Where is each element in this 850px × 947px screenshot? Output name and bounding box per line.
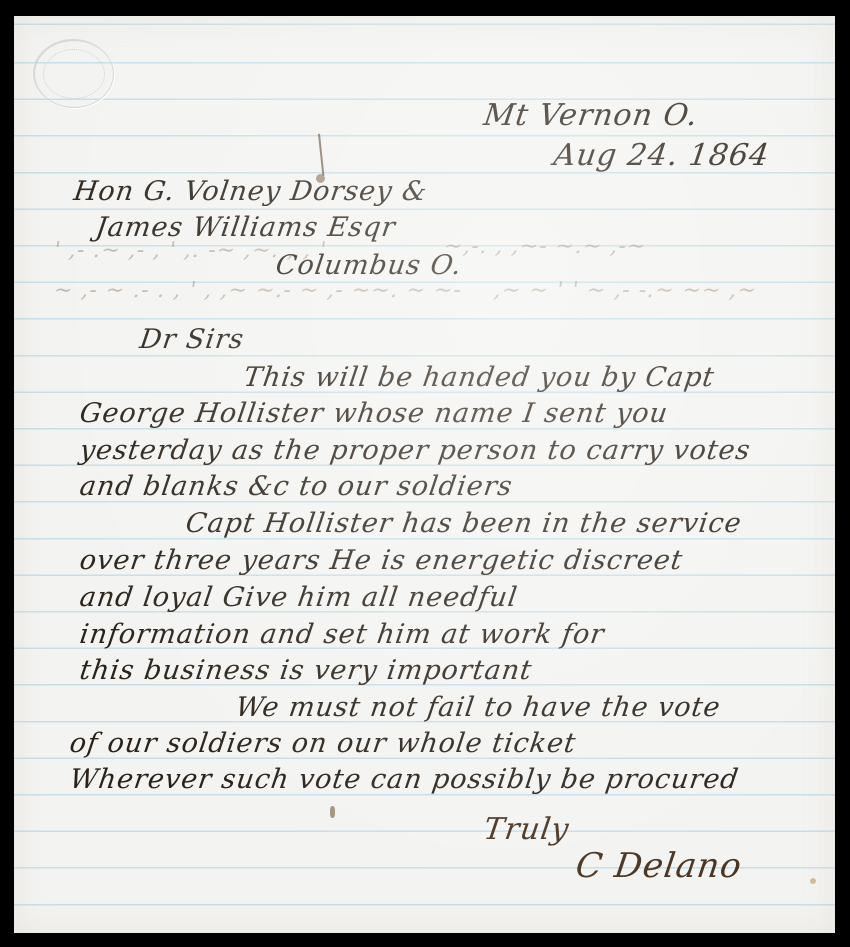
letter-paper: Mt Vernon O. Aug 24. 1864 Hon G. Volney … [14,16,835,933]
body-line: of our soldiers on our whole ticket [68,728,578,759]
offset-ink-marks: ~ ,- ~ .- . , ' , ,~ ~.- ~ ,- ~~. ~ ~- [52,278,463,303]
body-line: and loyal Give him all needful [78,582,520,613]
address-line-1: Hon G. Volney Dorsey & [72,176,430,207]
body-line: over three years He is energetic discree… [78,545,685,576]
body-line: We must not fail to have the vote [234,692,723,723]
body-line: information and set him at work for [78,619,607,650]
body-line: and blanks &c to our soldiers [78,471,515,502]
foxing-spot [810,878,816,884]
offset-ink-marks: ' ,- .~ ,- , ' ,. -~ ,~. , , ' [52,238,328,263]
salutation: Dr Sirs [138,324,246,355]
embossed-seal-icon [34,40,114,108]
ink-drip [318,134,324,176]
body-line: This will be handed you by Capt [242,362,717,393]
body-line: this business is very important [78,655,534,686]
body-line: George Hollister whose name I sent you [78,398,670,429]
letter-date: Aug 24. 1864 [552,138,772,173]
body-line: yesterday as the proper person to carry … [78,435,753,466]
closing: Truly [482,812,572,847]
body-line: Wherever such vote can possibly be procu… [68,764,741,795]
body-line: Capt Hollister has been in the service [184,508,744,539]
ink-stain [330,806,335,818]
offset-ink-marks: ,~ ~ ' ' ~ ,- -.~ ~~ ,~ [492,278,758,303]
letter-place: Mt Vernon O. [482,98,701,133]
signature: C Delano [573,846,744,886]
offset-ink-marks: ~,-. , ,~- ~.~ ,-~ [442,234,648,259]
